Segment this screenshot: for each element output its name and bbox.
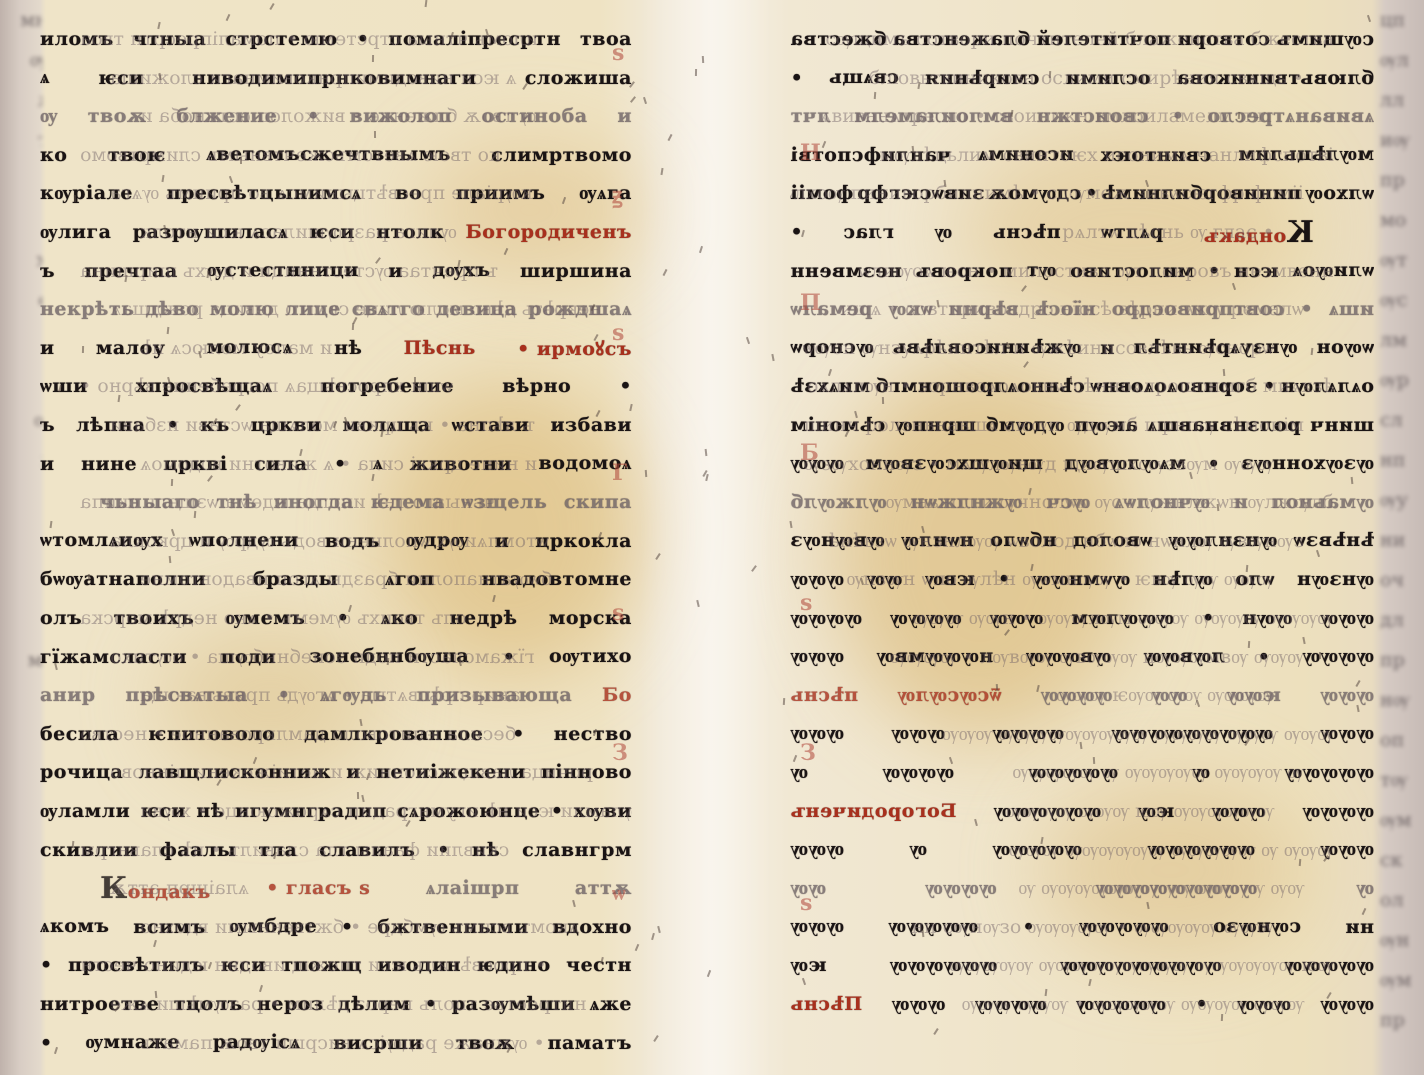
edge-text: оч: [1380, 560, 1424, 600]
word: цркві: [164, 453, 228, 475]
word: •: [334, 453, 347, 475]
word: нетиіжекени: [376, 761, 526, 783]
word: ѹѹѹѹѹ: [888, 915, 978, 938]
edge-text: дл: [1380, 600, 1424, 640]
word: ѡстави: [452, 414, 530, 437]
edge-text: ни: [1380, 520, 1424, 560]
word: ѹѹѹѹѹ: [1284, 954, 1374, 977]
word: мѹлѣцьлим: [1238, 143, 1374, 166]
ink-speck: [1220, 1014, 1222, 1021]
word: стрстемю: [226, 28, 338, 50]
text-line: ималоумолюсѧнѣПѣснь• ирмоꙋсъ: [40, 331, 632, 365]
word: •: [40, 1032, 53, 1054]
word: •: [40, 954, 53, 976]
text-line: ъпречтааѹстестннициидѹхъширшина: [40, 254, 632, 288]
edge-text: пр: [1380, 1000, 1424, 1040]
word: ѧгѹдь: [320, 684, 387, 707]
ink-speck: [74, 195, 76, 202]
word: ѥсн: [1233, 260, 1278, 282]
word: •: [1022, 916, 1035, 938]
word: ѧ: [373, 452, 383, 475]
word: фаалы: [160, 839, 237, 861]
text-line: ѹѹѹѹѹѹѹѹѹѹѹѹѹѹѹѹ: [790, 755, 1374, 789]
text-line: Кондакъ• гласъ ѕѧлаішрпаттѫ: [40, 871, 632, 905]
word: ѥдема: [370, 491, 444, 513]
word: миѧхзѣ: [790, 375, 870, 398]
margin-mark: Б: [800, 440, 819, 466]
initial-capital: К: [100, 871, 128, 905]
word: сотвори: [1177, 28, 1270, 50]
ink-speck: [651, 933, 655, 940]
ink-speck: [166, 327, 169, 334]
word: олъ: [40, 607, 82, 629]
word: ролзнвнавшѧ: [1147, 414, 1300, 437]
word: и: [617, 105, 632, 127]
word: своистжн: [1036, 105, 1148, 127]
word: ѹѹѹѹ: [882, 761, 954, 784]
word: •: [790, 67, 803, 89]
word: шинч: [1310, 414, 1374, 436]
word: рѧлтѡ: [1101, 221, 1163, 244]
ink-speck: [702, 56, 704, 63]
edge-text: лл: [1380, 80, 1424, 120]
word: сѧрожоюнце: [397, 800, 540, 823]
text-line: бѡѹатнаполнибраздыѧгопнвадовтомне: [40, 562, 632, 596]
ink-speck: [171, 479, 173, 486]
edge-text: ѹпи: [0, 40, 42, 80]
word: ѹѹѹ: [1320, 722, 1374, 745]
word: рочица: [40, 761, 123, 783]
word: мѧѹлѹвѹд: [1064, 452, 1186, 475]
rubric-text: Пѣснь: [404, 337, 476, 359]
word: твоихъ: [114, 607, 195, 629]
word: блювьтвиникова: [1176, 67, 1374, 89]
text-line: ѹлигаразрѹшиласѧѥсинтолкБогородиченъ: [40, 215, 632, 249]
text-line: ининецрквісила•ѧживотниводомоѧ: [40, 447, 632, 481]
word: сѣнноѧлрошонмгб: [875, 375, 1085, 398]
word: ѹѹѹ: [790, 568, 844, 591]
word: нѣ: [196, 800, 224, 822]
word: ѧ: [40, 66, 50, 89]
word: ишѧ: [1328, 298, 1374, 321]
ink-speck: [705, 449, 708, 456]
word: ѹвѹнѹз: [790, 529, 885, 552]
word: ѡлиѹоѧ: [1292, 259, 1374, 282]
text-line: ѹѹѹѹѹѹ•ѹѹѹѹѹѹѹѹѹѹѹѹПѣснь: [790, 987, 1374, 1021]
ink-speck: [1070, 376, 1072, 383]
text-line: ѹѹѹѹѹѹѹѹѹѹѹѹѹѹѹѹ: [790, 871, 1374, 905]
word: ѹѹѹѹѹѹ: [993, 800, 1101, 823]
word: бразды: [253, 568, 338, 590]
word: анир: [40, 684, 96, 706]
word: совтпривосдро: [1111, 298, 1284, 320]
word: покровъ: [915, 260, 1013, 282]
edge-text: ѹн: [1380, 920, 1424, 960]
rubric-text: ондакъ: [1203, 225, 1286, 247]
word: нїосѣ: [1034, 298, 1095, 320]
word: глас: [843, 221, 894, 243]
ink-speck: [374, 131, 376, 138]
rubric-text: пѣснь: [790, 684, 858, 706]
word: ѡло: [1235, 568, 1274, 591]
rubric-heading: Кондакъ: [40, 871, 211, 905]
word: пречтаа: [85, 260, 178, 282]
word: дѣво: [145, 298, 199, 320]
margin-mark: ѕ: [612, 40, 624, 66]
word: ниводимипрнковимнаги: [192, 67, 476, 89]
word: ни: [1345, 916, 1374, 938]
word: ѡтомлѧиѹх: [40, 529, 163, 552]
text-line: скивлиифаалытлаславилъ•нѣславнгрм: [40, 833, 632, 867]
word: игумнградип: [235, 800, 387, 822]
word: ѹ: [934, 221, 952, 244]
margin-mark: Н: [800, 140, 821, 166]
word: хѹви: [574, 800, 632, 823]
word: молюсѧ: [207, 336, 293, 359]
word: смирѣния: [925, 67, 1040, 89]
ink-speck: [662, 269, 667, 276]
ink-speck: [424, 0, 427, 7]
word: бжества: [790, 28, 886, 50]
word: ѥси: [220, 954, 265, 976]
word: ъ: [40, 414, 55, 436]
word: чьныаго: [100, 491, 200, 513]
word: нѡнлѹ: [901, 529, 974, 552]
text-line: рочицалавщлисконнижинетиіжекенипінново: [40, 755, 632, 789]
rubric-text: ѿсѹсѹлѹ: [897, 684, 1001, 707]
ink-speck: [656, 553, 662, 560]
word: •: [551, 800, 564, 822]
word: ѧко: [381, 607, 418, 630]
word: молю: [210, 298, 274, 320]
ink-speck: [707, 970, 711, 977]
edge-text: то: [0, 880, 42, 920]
word: аѥѹп: [1074, 414, 1138, 437]
word: нине: [81, 453, 137, 475]
edge-text: тро: [0, 120, 42, 160]
text-line: ѹѹѹѥѹѹѹѹѹѹѹѹѿсѹсѹлѹпѣснь: [790, 678, 1374, 712]
edge-text: хпр: [0, 240, 42, 280]
word: твоѫ: [456, 1032, 515, 1054]
ink-speck: [635, 944, 640, 951]
word: скивлии: [40, 839, 138, 861]
word: ѥѹ: [790, 954, 827, 977]
left-page: иломъчтныастрстемю•помаліпресртнтвоаилом…: [40, 0, 632, 1075]
edge-text: ѹм: [1380, 800, 1424, 840]
word: ѹлжѹлб: [790, 491, 887, 514]
text-line: ѹѹѹѹ•лѹвѹѹѹвѹѹѹнѹѹѹмвѹѹѹѹ: [790, 640, 1374, 674]
word: лавщлисконниж: [139, 761, 332, 783]
word: ѹт: [1026, 259, 1056, 282]
text-line: нитроетветцолънероздѣлим•разѹмѣшиѧже: [40, 987, 632, 1021]
word: вѣрно: [502, 375, 571, 397]
word: и: [40, 337, 55, 359]
text-line: ѹнзѹнѡлоѹлѣнѹѡмнѹѹ•ѥвѹѹѹѹѹѹ: [790, 562, 1374, 596]
word: ѹнзуѧрѣинтѣл: [1133, 336, 1297, 359]
word: ѹѡмнѹѹ: [1032, 568, 1130, 591]
word: вмлоиламелм: [854, 105, 1014, 127]
edge-text: ѹѿ: [0, 720, 42, 760]
word: свѧщь: [829, 66, 899, 89]
word: недрѣ: [450, 607, 518, 629]
word: ѹѹѹ: [790, 838, 844, 861]
word: молѧща: [343, 414, 431, 437]
word: нѹѹѹмвѹ: [876, 645, 993, 668]
text-line: ѹѹѹѹѹн•ѹѹѹлѹмѹѹѹѹѹѹѹѹѹѹѹ: [790, 601, 1374, 635]
word: разѹмѣши: [452, 993, 576, 1016]
word: всимъ: [133, 916, 205, 938]
word: нѣ: [334, 337, 362, 359]
text-line: некрѣтьдѣвомолюлицесвѧтгодевицарождшаѧ: [40, 292, 632, 326]
word: ѹдрѹ: [406, 529, 469, 552]
word: ѹѹѹ: [790, 915, 844, 938]
word: разрѹшиласѧ: [133, 221, 288, 244]
word: ѹстестнници: [207, 259, 359, 282]
text-line: ѹламлиѥсинѣигумнградипсѧрожоюнце•хѹви: [40, 794, 632, 828]
word: честн: [566, 954, 632, 976]
word: сложиша: [525, 67, 632, 89]
word: ѧкомъ: [40, 915, 109, 938]
edge-text: мѡ: [0, 520, 42, 560]
word: •: [1257, 646, 1270, 668]
word: слимртвомо: [491, 144, 632, 166]
word: вдохно: [553, 916, 632, 938]
edge-text: мо: [1380, 200, 1424, 240]
text-line: ълѣпна•къцрквимолѧщаѡставиизбави: [40, 408, 632, 442]
word: паматъ: [548, 1032, 632, 1054]
word: некрѣть: [40, 298, 135, 320]
edge-text: сод: [0, 280, 42, 320]
word: ѹѹѹѹѹѹѹѹѹ: [1111, 722, 1273, 745]
text-line: ѹѹѹѹѹѹѹѥѹѹѹѹѹѹѹБогородиченъ: [790, 794, 1374, 828]
margin-mark: З: [612, 740, 628, 766]
word: вижолоп: [349, 105, 452, 127]
word: ѹѹѹѹ: [975, 993, 1047, 1016]
word: ѹѹѹ: [891, 722, 945, 745]
text-line: ѹмаьнолиѹчнолѡѧѹсчѹжнлжѡнѹлжѹлб: [790, 485, 1374, 519]
word: •: [997, 568, 1010, 590]
word: нбѡло: [990, 529, 1057, 552]
ink-speck: [643, 96, 647, 103]
rubric-text: ондакъ: [128, 881, 211, 903]
word: ѹѹѹѹ: [1302, 800, 1374, 823]
word: и: [495, 530, 510, 552]
word: ѹмнаже: [86, 1031, 180, 1054]
word: нѣ: [472, 839, 500, 861]
word: ѹѹѹ: [891, 993, 945, 1016]
word: ѹѹѹ: [1211, 800, 1265, 823]
word: славнгрм: [522, 839, 632, 861]
edge-text: и: [0, 560, 42, 600]
word: •: [1207, 260, 1220, 282]
word: ѹѹѹѹѹ: [1079, 915, 1169, 938]
word: ѡзщель: [461, 491, 547, 514]
edge-text: ѹтв: [0, 400, 42, 440]
word: вѣрни: [948, 298, 1018, 320]
word: •: [1263, 375, 1276, 397]
word: •: [503, 646, 516, 668]
word: славилъ: [319, 839, 415, 861]
ink-speck: [82, 346, 84, 353]
word: сдѹмоѫ: [988, 182, 1081, 205]
word: •: [512, 723, 525, 745]
ink-speck: [1222, 369, 1225, 376]
word: просвѣтилъ: [68, 954, 205, 976]
word: лчт: [790, 105, 831, 127]
ink-speck: [352, 323, 354, 330]
ink-speck: [789, 521, 792, 528]
word: гїжамсласти: [40, 646, 187, 668]
word: тцолъ: [174, 993, 243, 1015]
text-line: ѧвиванѧтресло•своистжнвмлоиламелмлчт: [790, 99, 1374, 133]
word: ѥвѹ: [925, 568, 975, 591]
word: иводин: [377, 954, 461, 976]
edge-text: ор: [0, 760, 42, 800]
text-line: чьныаготнѣиногдаѥдемаѡзщельскипа: [40, 485, 632, 519]
word: ѹѹѹѹѹѹѹѹѹ: [1095, 877, 1257, 900]
word: ѧлаішрп: [426, 877, 520, 900]
text-line: ѹѹѹѹѹѹѹѹѹѹѹѹѹѹѹѹѹѹѹѹѥѹ: [790, 948, 1374, 982]
word: иногда: [274, 491, 354, 513]
text-line: котвоѥѧветомъсжечтвнымъслимртвомо: [40, 138, 632, 172]
text-line: ѹзѹхоннѹз•мѧѹлѹвѹдщиѹшхсѹзвѹмѹѹѹ: [790, 447, 1374, 481]
text-line: ѡѹонѹнзуѧрѣинтѣлиѹжѣинисовлѣвьѹснорѡ: [790, 331, 1374, 365]
word: ко: [40, 144, 67, 166]
word: бжтвенными: [377, 916, 528, 938]
word: свѧтго: [352, 298, 425, 321]
word: ѧветомъсжечтвнымъ: [206, 143, 451, 166]
margin-mark: П: [800, 290, 821, 316]
text-line: шинчролзнвнавшѧаѥѹпѹдѹмбшрнпѹсѣмонім: [790, 408, 1374, 442]
word: ѡкѹ: [888, 298, 932, 321]
ink-speck: [657, 926, 661, 933]
text-line: блювьтвиниковаослимисмирѣниясвѧщь•: [790, 61, 1374, 95]
margin-mark: ѡ: [612, 880, 626, 906]
word: сѹщимъ: [1276, 28, 1374, 51]
edge-text: нѹ: [1380, 680, 1424, 720]
ink-speck: [745, 337, 749, 344]
edge-text: ѹм: [1380, 960, 1424, 1000]
text-line: ѧкомъвсимъѹмбдре•бжтвеннымивдохно: [40, 910, 632, 944]
edge-text: мнлъ: [0, 0, 42, 40]
edge-text: м: [0, 1000, 42, 1040]
word: скипа: [564, 491, 632, 513]
text-line: Кондакърѧлтѡпѣсньѹглас•: [790, 215, 1374, 249]
word: •: [790, 221, 803, 243]
word: нитроетве: [40, 993, 159, 1015]
word: •: [1207, 453, 1220, 475]
word: ѹѹѹлѹм: [1071, 607, 1174, 630]
edge-text: ѹс: [1380, 280, 1424, 320]
word: незмвенн: [790, 260, 902, 282]
rubric-heading: Кондакъ: [1203, 215, 1374, 249]
edge-text: ѥ: [0, 600, 42, 640]
rubric-text: Богородиченъ: [466, 221, 632, 243]
word: во: [395, 182, 422, 204]
word: ѹѹѹѹѹѹ: [1147, 838, 1255, 861]
word: ѹламли: [40, 800, 130, 823]
word: и: [1100, 337, 1115, 359]
ink-speck: [629, 403, 632, 410]
word: ѹѹ: [1151, 684, 1187, 707]
ink-speck: [653, 1035, 659, 1042]
margin-mark: ѕ: [612, 320, 624, 346]
word: ѥси: [141, 800, 186, 822]
text-line: нисѹнѹзоѹѹѹѹѹ•ѹѹѹѹѹѹѹѹ: [790, 910, 1374, 944]
ink-speck: [771, 353, 774, 360]
word: ѹѹѹѹѹ: [1284, 761, 1374, 784]
text-line: ѡлиѹоѧѥсн•милостивоѹтпокровънезмвенн: [790, 254, 1374, 288]
word: оѹтихо: [549, 645, 632, 668]
word: дамлкрованное: [304, 723, 483, 745]
word: •: [307, 105, 320, 127]
word: •: [357, 28, 370, 50]
word: •: [341, 916, 354, 938]
word: ѹѹѹѹ: [1040, 684, 1112, 707]
word: кѹріале: [40, 182, 133, 205]
word: милостиво: [1070, 260, 1194, 282]
word: ѹжнлжѡн: [910, 491, 1022, 514]
word: пресвѣтцынимсѧ: [167, 182, 362, 205]
ink-speck: [1298, 859, 1301, 866]
rubric-text: Пѣснь: [790, 993, 862, 1015]
ink-speck: [873, 92, 876, 99]
word: •: [1202, 607, 1215, 629]
word: ѹвѹѹѹ: [1026, 645, 1112, 668]
word: ѹ: [909, 838, 927, 861]
edge-text: мнѹ: [0, 640, 42, 680]
word: ѹѹѹѹѹ: [1028, 761, 1118, 784]
word: хпросвѣщаѧ: [136, 375, 273, 398]
word: ѹѹѹѹ: [925, 877, 997, 900]
initial-capital: К: [1286, 215, 1314, 249]
word: сѣмонім: [790, 414, 885, 436]
ink-speck: [694, 69, 696, 76]
word: ѹѹ: [866, 568, 902, 591]
word: ѹѹѹ: [1320, 684, 1374, 707]
word: ѧгоп: [385, 568, 435, 591]
word: погребение: [321, 375, 454, 397]
word: чтныа: [133, 28, 206, 50]
word: прѣсвѧтыа: [125, 684, 247, 707]
text-line: ѹтвоѫблжение•вижолопостинобаи: [40, 99, 632, 133]
word: ѡши: [40, 375, 88, 398]
edge-text: тѹ: [1380, 760, 1424, 800]
text-line: ѡтомлѧиѹхѡполнениводъѹдрѹицркокла: [40, 524, 632, 558]
word: ѡполнени: [189, 529, 299, 552]
word: тла: [258, 839, 297, 861]
ink-speck: [1079, 741, 1082, 748]
text-line: •просвѣтилъѥситпожщиводинѥдиночестн: [40, 948, 632, 982]
word: избави: [550, 414, 632, 436]
text-line: ѡшихпросвѣщаѧпогребениевѣрно•: [40, 369, 632, 403]
word: ѹѧга: [579, 182, 632, 205]
edge-text: ѹт: [1380, 240, 1424, 280]
edge-text: кѹ: [0, 920, 42, 960]
word: сѹнѹзо: [1213, 915, 1301, 938]
word: •: [278, 684, 291, 706]
word: •: [167, 414, 180, 436]
word: ѹнзнлѹѹ: [1168, 529, 1277, 552]
text-line: ишѧ•совтпривосдронїосѣвѣрниѡкѹремалѡ: [790, 292, 1374, 326]
word: ѥси: [98, 67, 143, 89]
word: малоу: [96, 337, 166, 359]
text-line: кѹріалепресвѣтцынимсѧвоприимъѹѧга: [40, 176, 632, 210]
ink-speck: [660, 167, 663, 174]
word: иломъ: [40, 28, 114, 50]
margin-mark: ѕ: [800, 890, 812, 916]
word: и: [1233, 491, 1248, 513]
